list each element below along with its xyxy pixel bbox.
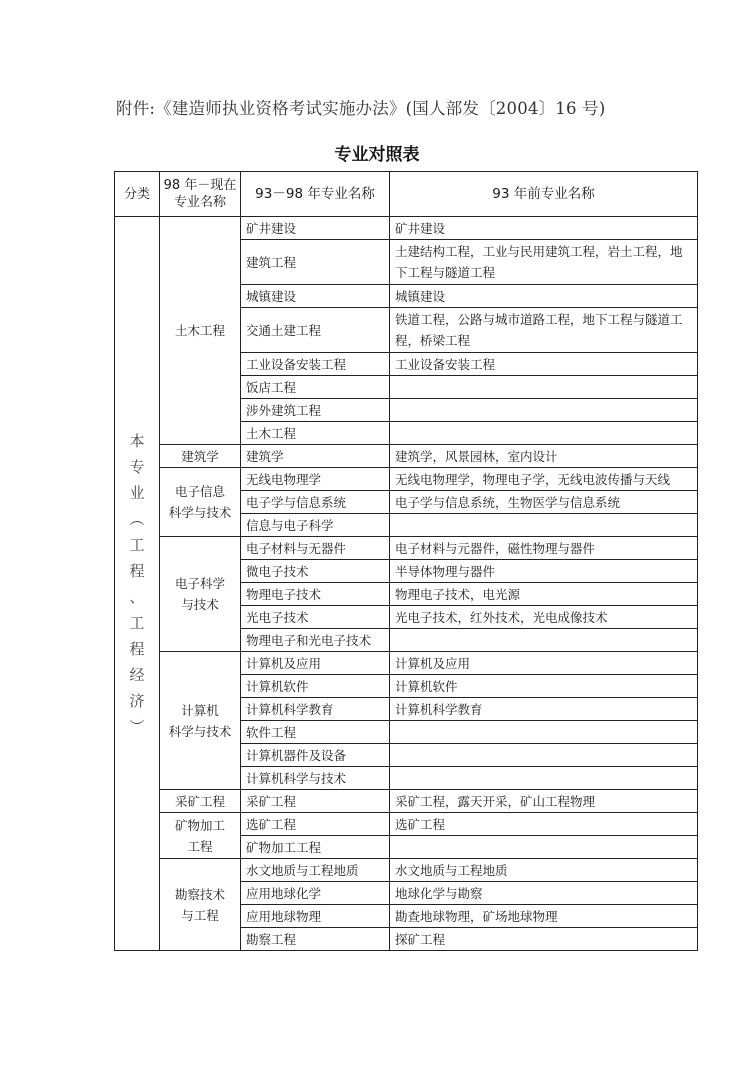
table-title: 专业对照表 xyxy=(0,140,754,165)
category-vertical-label: 本 专 业 ︵ 工 程 、 工 程 经 济 ︶ xyxy=(127,428,147,740)
mid-name-cell: 应用地球化学 xyxy=(241,882,390,905)
mid-name-cell: 城镇建设 xyxy=(241,285,390,308)
old-name-cell xyxy=(390,399,698,422)
old-name-cell: 城镇建设 xyxy=(390,285,698,308)
old-name-cell: 半导体物理与器件 xyxy=(390,560,698,583)
table-row: 本 专 业 ︵ 工 程 、 工 程 经 济 ︶ 土木工程 矿井建设 矿井建设 xyxy=(115,217,698,240)
mid-name-cell: 物理电子和光电子技术 xyxy=(241,629,390,652)
table-row: 采矿工程 采矿工程 采矿工程，露天开采，矿山工程物理 xyxy=(115,790,698,813)
old-name-cell: 物理电子技术，电光源 xyxy=(390,583,698,606)
mid-name-cell: 无线电物理学 xyxy=(241,468,390,491)
mid-name-cell: 计算机器件及设备 xyxy=(241,744,390,767)
mid-name-cell: 涉外建筑工程 xyxy=(241,399,390,422)
group-current-name: 土木工程 xyxy=(160,217,241,445)
mid-name-cell: 勘察工程 xyxy=(241,928,390,951)
header-row: 分类 98 年－现在 专业名称 93－98 年专业名称 93 年前专业名称 xyxy=(115,172,698,217)
mid-name-cell: 应用地球物理 xyxy=(241,905,390,928)
mid-name-cell: 电子材料与无器件 xyxy=(241,537,390,560)
old-name-cell xyxy=(390,721,698,744)
mid-name-cell: 光电子技术 xyxy=(241,606,390,629)
mid-name-cell: 选矿工程 xyxy=(241,813,390,836)
mid-name-cell: 工业设备安装工程 xyxy=(241,353,390,376)
group-current-name: 勘察技术与工程 xyxy=(160,859,241,951)
mid-name-cell: 电子学与信息系统 xyxy=(241,491,390,514)
old-name-cell: 计算机科学教育 xyxy=(390,698,698,721)
old-name-cell: 建筑学，风景园林，室内设计 xyxy=(390,445,698,468)
major-comparison-table: 分类 98 年－现在 专业名称 93－98 年专业名称 93 年前专业名称 本 … xyxy=(114,171,698,951)
category-cell: 本 专 业 ︵ 工 程 、 工 程 经 济 ︶ xyxy=(115,217,160,951)
table-row: 计算机科学与技术 计算机及应用 计算机及应用 xyxy=(115,652,698,675)
old-name-cell: 选矿工程 xyxy=(390,813,698,836)
old-name-cell xyxy=(390,744,698,767)
mid-name-cell: 计算机科学与技术 xyxy=(241,767,390,790)
old-name-cell: 矿井建设 xyxy=(390,217,698,240)
mid-name-cell: 微电子技术 xyxy=(241,560,390,583)
old-name-cell: 探矿工程 xyxy=(390,928,698,951)
mid-name-cell: 水文地质与工程地质 xyxy=(241,859,390,882)
mid-name-cell: 软件工程 xyxy=(241,721,390,744)
group-current-name: 计算机科学与技术 xyxy=(160,652,241,790)
mid-name-cell: 采矿工程 xyxy=(241,790,390,813)
old-name-cell xyxy=(390,514,698,537)
header-current-name-line1: 98 年－现在 xyxy=(164,178,237,193)
old-name-cell xyxy=(390,629,698,652)
table-row: 勘察技术与工程 水文地质与工程地质 水文地质与工程地质 xyxy=(115,859,698,882)
group-current-name: 矿物加工工程 xyxy=(160,813,241,859)
old-name-cell: 电子学与信息系统，生物医学与信息系统 xyxy=(390,491,698,514)
old-name-cell: 工业设备安装工程 xyxy=(390,353,698,376)
header-current-name: 98 年－现在 专业名称 xyxy=(160,172,241,217)
group-current-name: 建筑学 xyxy=(160,445,241,468)
old-name-cell: 土建结构工程，工业与民用建筑工程，岩土工程，地下工程与隧道工程 xyxy=(390,240,698,285)
old-name-cell xyxy=(390,767,698,790)
table-row: 建筑学 建筑学 建筑学，风景园林，室内设计 xyxy=(115,445,698,468)
mid-name-cell: 计算机软件 xyxy=(241,675,390,698)
mid-name-cell: 矿井建设 xyxy=(241,217,390,240)
old-name-cell: 计算机软件 xyxy=(390,675,698,698)
group-current-name: 电子科学与技术 xyxy=(160,537,241,652)
old-name-cell xyxy=(390,422,698,445)
old-name-cell: 光电子技术，红外技术，光电成像技术 xyxy=(390,606,698,629)
header-93-98-name: 93－98 年专业名称 xyxy=(241,172,390,217)
table-row: 电子信息科学与技术 无线电物理学 无线电物理学，物理电子学，无线电波传播与天线 xyxy=(115,468,698,491)
mid-name-cell: 建筑工程 xyxy=(241,240,390,285)
old-name-cell: 铁道工程，公路与城市道路工程，地下工程与隧道工程，桥梁工程 xyxy=(390,308,698,353)
mid-name-cell: 交通土建工程 xyxy=(241,308,390,353)
mid-name-cell: 饭店工程 xyxy=(241,376,390,399)
old-name-cell: 地球化学与勘察 xyxy=(390,882,698,905)
table-row: 矿物加工工程 选矿工程 选矿工程 xyxy=(115,813,698,836)
old-name-cell: 计算机及应用 xyxy=(390,652,698,675)
old-name-cell: 勘查地球物理，矿场地球物理 xyxy=(390,905,698,928)
old-name-cell xyxy=(390,376,698,399)
old-name-cell: 电子材料与元器件，磁性物理与器件 xyxy=(390,537,698,560)
group-current-name: 电子信息科学与技术 xyxy=(160,468,241,537)
table-row: 电子科学与技术 电子材料与无器件 电子材料与元器件，磁性物理与器件 xyxy=(115,537,698,560)
old-name-cell xyxy=(390,836,698,859)
mid-name-cell: 建筑学 xyxy=(241,445,390,468)
old-name-cell: 无线电物理学，物理电子学，无线电波传播与天线 xyxy=(390,468,698,491)
mid-name-cell: 信息与电子科学 xyxy=(241,514,390,537)
header-pre-93-name: 93 年前专业名称 xyxy=(390,172,698,217)
header-current-name-line2: 专业名称 xyxy=(174,195,226,210)
old-name-cell: 水文地质与工程地质 xyxy=(390,859,698,882)
mid-name-cell: 计算机及应用 xyxy=(241,652,390,675)
mid-name-cell: 计算机科学教育 xyxy=(241,698,390,721)
group-current-name: 采矿工程 xyxy=(160,790,241,813)
mid-name-cell: 物理电子技术 xyxy=(241,583,390,606)
header-category: 分类 xyxy=(115,172,160,217)
mid-name-cell: 矿物加工工程 xyxy=(241,836,390,859)
old-name-cell: 采矿工程，露天开采，矿山工程物理 xyxy=(390,790,698,813)
mid-name-cell: 土木工程 xyxy=(241,422,390,445)
attachment-title: 附件:《建造师执业资格考试实施办法》(国人部发〔2004〕16 号) xyxy=(116,95,605,119)
